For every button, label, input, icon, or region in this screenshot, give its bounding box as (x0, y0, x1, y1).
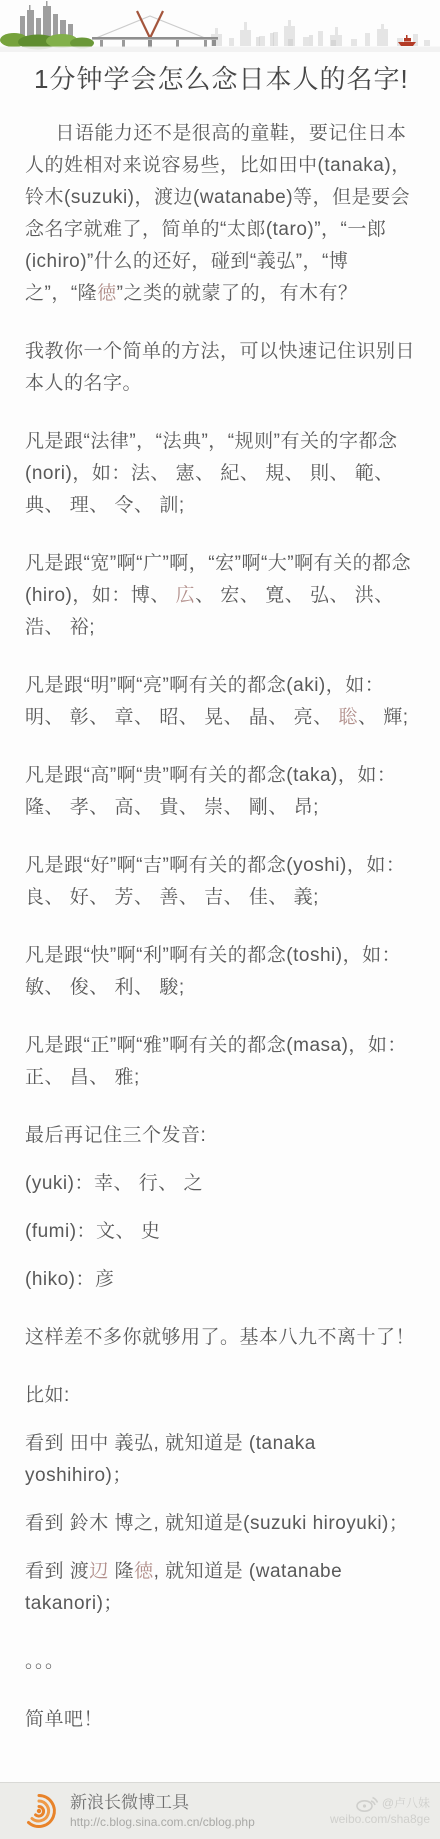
rule-paragraph-toshi: 凡是跟“快”啊“利”啊有关的都念(toshi)，如：敏、 俊、 利、 駿; (25, 940, 415, 1004)
rule-paragraph-nori: 凡是跟“法律”，“法典”，“规则”有关的字都念(nori)，如：法、 憲、 紀、… (25, 426, 415, 522)
rule-text: 凡是跟“高”啊“贵”啊有关的都念(taka)，如：隆、 孝、 高、 貴、 崇、 … (25, 765, 396, 818)
intro-jp-char: 徳 (97, 283, 117, 304)
example-text: 隆 (109, 1561, 134, 1582)
rule-paragraph-masa: 凡是跟“正”啊“雅”啊有关的都念(masa)，如：正、 昌、 雅; (25, 1030, 415, 1094)
pronunciation-heading: 最后再记住三个发音: (25, 1120, 415, 1152)
ellipsis-paragraph: 。。。 (25, 1646, 415, 1678)
rule-jp-char: 聡 (338, 707, 358, 728)
rule-paragraph-hiro: 凡是跟“宽”啊“广”啊，“宏”啊“大”啊有关的都念(hiro)，如：博、 広、 … (25, 548, 415, 644)
rule-text: 凡是跟“法律”，“法典”，“规则”有关的字都念(nori)，如：法、 憲、 紀、… (25, 431, 397, 516)
rule-text: 凡是跟“好”啊“吉”啊有关的都念(yoshi)，如：良、 好、 芳、 善、 吉、… (25, 855, 405, 908)
watermark-url: weibo.com/sha8ge (330, 1812, 430, 1827)
closing-paragraph: 简单吧！ (25, 1704, 415, 1736)
long-post-image: 1分钟学会怎么念日本人的名字! 日语能力还不是很高的童鞋，要记住日本人的姓相对来… (0, 0, 440, 1839)
intro-text-a: 日语能力还不是很高的童鞋，要记住日本人的姓相对来说容易些，比如田中(tanaka… (25, 123, 411, 304)
footer-bar: 新浪长微博工具 http://c.blog.sina.com.cn/cblog.… (0, 1782, 440, 1839)
pronunciation-hiko: (hiko)：彦 (25, 1264, 415, 1296)
watermark-handle: @卢八妹 (382, 1796, 430, 1811)
example-watanabe: 看到 渡辺 隆徳, 就知道是 (watanabe takanori)； (25, 1556, 415, 1620)
example-jp-char: 徳 (134, 1561, 154, 1582)
header-illustration (0, 0, 440, 52)
rule-text: 凡是跟“正”啊“雅”啊有关的都念(masa)，如：正、 昌、 雅; (25, 1035, 407, 1088)
pronunciation-yuki: (yuki)：幸、 行、 之 (25, 1168, 415, 1200)
footer-app-info: 新浪长微博工具 http://c.blog.sina.com.cn/cblog.… (70, 1793, 255, 1829)
bridge-icon (92, 11, 218, 48)
example-heading: 比如: (25, 1380, 415, 1412)
rule-text-b: 、 輝; (358, 707, 409, 728)
example-jp-char: 辺 (89, 1561, 109, 1582)
rule-paragraph-aki: 凡是跟“明”啊“亮”啊有关的都念(aki)，如：明、 彰、 章、 昭、 晃、 晶… (25, 670, 415, 734)
example-suzuki: 看到 鈴木 博之, 就知道是(suzuki hiroyuki)； (25, 1508, 415, 1540)
footer-app-url: http://c.blog.sina.com.cn/cblog.php (70, 1815, 255, 1829)
example-text: 看到 渡 (25, 1561, 89, 1582)
weibo-eye-icon (356, 1795, 378, 1812)
footer-app-name: 新浪长微博工具 (70, 1793, 255, 1812)
article-body: 日语能力还不是很高的童鞋，要记住日本人的姓相对来说容易些，比如田中(tanaka… (0, 96, 440, 1736)
pronunciation-fumi: (fumi)：文、 史 (25, 1216, 415, 1248)
rule-jp-char: 広 (176, 585, 196, 606)
weibo-watermark: @卢八妹 weibo.com/sha8ge (330, 1795, 430, 1827)
page-title: 1分钟学会怎么念日本人的名字! (34, 62, 410, 96)
intro-text-b: ”之类的就蒙了的，有木有？ (117, 283, 358, 304)
water-reflection (0, 47, 440, 53)
intro-paragraph: 日语能力还不是很高的童鞋，要记住日本人的姓相对来说容易些，比如田中(tanaka… (25, 118, 415, 310)
rule-text: 凡是跟“明”啊“亮”啊有关的都念(aki)，如：明、 彰、 章、 昭、 晃、 晶… (25, 675, 384, 728)
example-tanaka: 看到 田中 義弘, 就知道是 (tanaka yoshihiro)； (25, 1428, 415, 1492)
method-paragraph: 我教你一个简单的方法，可以快速记住识别日本人的名字。 (25, 336, 415, 400)
rule-text: 凡是跟“快”啊“利”啊有关的都念(toshi)，如：敏、 俊、 利、 駿; (25, 945, 401, 998)
rule-paragraph-yoshi: 凡是跟“好”啊“吉”啊有关的都念(yoshi)，如：良、 好、 芳、 善、 吉、… (25, 850, 415, 914)
sina-swirl-icon (20, 1792, 58, 1830)
enough-paragraph: 这样差不多你就够用了。基本八九不离十了！ (25, 1322, 415, 1354)
rule-paragraph-taka: 凡是跟“高”啊“贵”啊有关的都念(taka)，如：隆、 孝、 高、 貴、 崇、 … (25, 760, 415, 824)
